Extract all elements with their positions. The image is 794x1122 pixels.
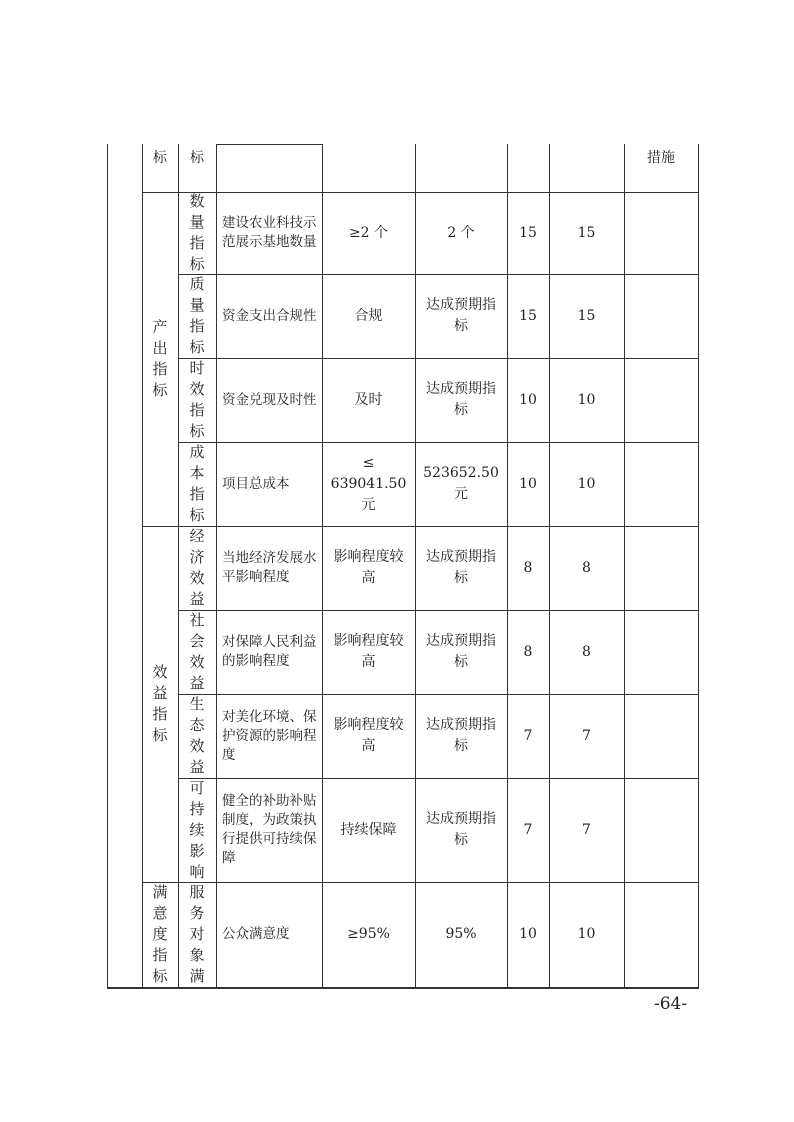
sub-indicator-label: 经济效益: [187, 526, 207, 610]
target-value: ≤ 639041.50 元: [322, 442, 415, 526]
weight-score: 10: [507, 358, 549, 442]
target-value: 影响程度较高: [322, 610, 415, 694]
target-value: 及时: [322, 358, 415, 442]
actual-value: 2 个: [415, 192, 507, 274]
measures-cell: [624, 778, 698, 882]
weight-score: 7: [507, 694, 549, 778]
weight-score: 10: [507, 442, 549, 526]
indicator-name: 项目总成本: [216, 442, 322, 526]
indicator-name: 对美化环境、保护资源的影响程度: [216, 694, 322, 778]
actual-value: 达成预期指标: [415, 526, 507, 610]
measures-cell: [624, 526, 698, 610]
sub-indicator-label: 社会效益: [187, 610, 207, 694]
weight-score: 7: [507, 778, 549, 882]
obtained-score: 7: [549, 694, 624, 778]
sub-indicator-label: 可持续影响: [187, 778, 207, 882]
table-rule: [142, 144, 143, 987]
obtained-score: 8: [549, 526, 624, 610]
sub-indicator-label: 成本指标: [187, 442, 207, 526]
header-level1-fragment: 标: [142, 144, 178, 192]
obtained-score: 10: [549, 442, 624, 526]
actual-value: 达成预期指标: [415, 274, 507, 358]
table-rule: [178, 144, 179, 987]
measures-cell: [624, 442, 698, 526]
page-number: -64-: [654, 994, 687, 1014]
target-value: 合规: [322, 274, 415, 358]
measures-cell: [624, 694, 698, 778]
indicator-name: 公众满意度: [216, 882, 322, 987]
measures-cell: [624, 610, 698, 694]
indicator-name: 对保障人民利益的影响程度: [216, 610, 322, 694]
obtained-score: 8: [549, 610, 624, 694]
obtained-score: 10: [549, 882, 624, 987]
sub-indicator-label: 数量指标: [187, 192, 207, 274]
obtained-score: 10: [549, 358, 624, 442]
actual-value: 95%: [415, 882, 507, 987]
table-rule: [107, 144, 108, 988]
weight-score: 10: [507, 882, 549, 987]
sub-indicator-label: 质量指标: [187, 274, 207, 358]
sub-indicator-label: 时效指标: [187, 358, 207, 442]
target-value: ≥2 个: [322, 192, 415, 274]
sub-indicator-label: 服务对象满: [187, 882, 207, 987]
indicator-name: 资金兑现及时性: [216, 358, 322, 442]
group-satisfaction-indicators: 满意度指标: [150, 882, 170, 987]
obtained-score: 15: [549, 192, 624, 274]
header-level2-fragment: 标: [178, 144, 216, 192]
measures-cell: [624, 274, 698, 358]
actual-value: 达成预期指标: [415, 778, 507, 882]
target-value: 影响程度较高: [322, 526, 415, 610]
target-value: ≥95%: [322, 882, 415, 987]
obtained-score: 7: [549, 778, 624, 882]
group-output-indicators: 产出指标: [150, 192, 170, 526]
table-rule: [698, 144, 699, 987]
target-value: 影响程度较高: [322, 694, 415, 778]
header-measures-fragment: 措施: [624, 144, 698, 192]
measures-cell: [624, 882, 698, 987]
weight-score: 8: [507, 610, 549, 694]
weight-score: 15: [507, 274, 549, 358]
indicator-name: 建设农业科技示范展示基地数量: [216, 192, 322, 274]
indicator-name: 当地经济发展水平影响程度: [216, 526, 322, 610]
measures-cell: [624, 192, 698, 274]
target-value: 持续保障: [322, 778, 415, 882]
indicator-name: 健全的补助补贴制度，为政策执行提供可持续保障: [216, 778, 322, 882]
weight-score: 15: [507, 192, 549, 274]
table-rule: [216, 144, 322, 145]
measures-cell: [624, 358, 698, 442]
sub-indicator-label: 生态效益: [187, 694, 207, 778]
actual-value: 523652.50 元: [415, 442, 507, 526]
obtained-score: 15: [549, 274, 624, 358]
group-benefit-indicators: 效益指标: [150, 526, 170, 882]
actual-value: 达成预期指标: [415, 610, 507, 694]
table-rule: [107, 987, 699, 989]
actual-value: 达成预期指标: [415, 694, 507, 778]
indicator-name: 资金支出合规性: [216, 274, 322, 358]
weight-score: 8: [507, 526, 549, 610]
actual-value: 达成预期指标: [415, 358, 507, 442]
